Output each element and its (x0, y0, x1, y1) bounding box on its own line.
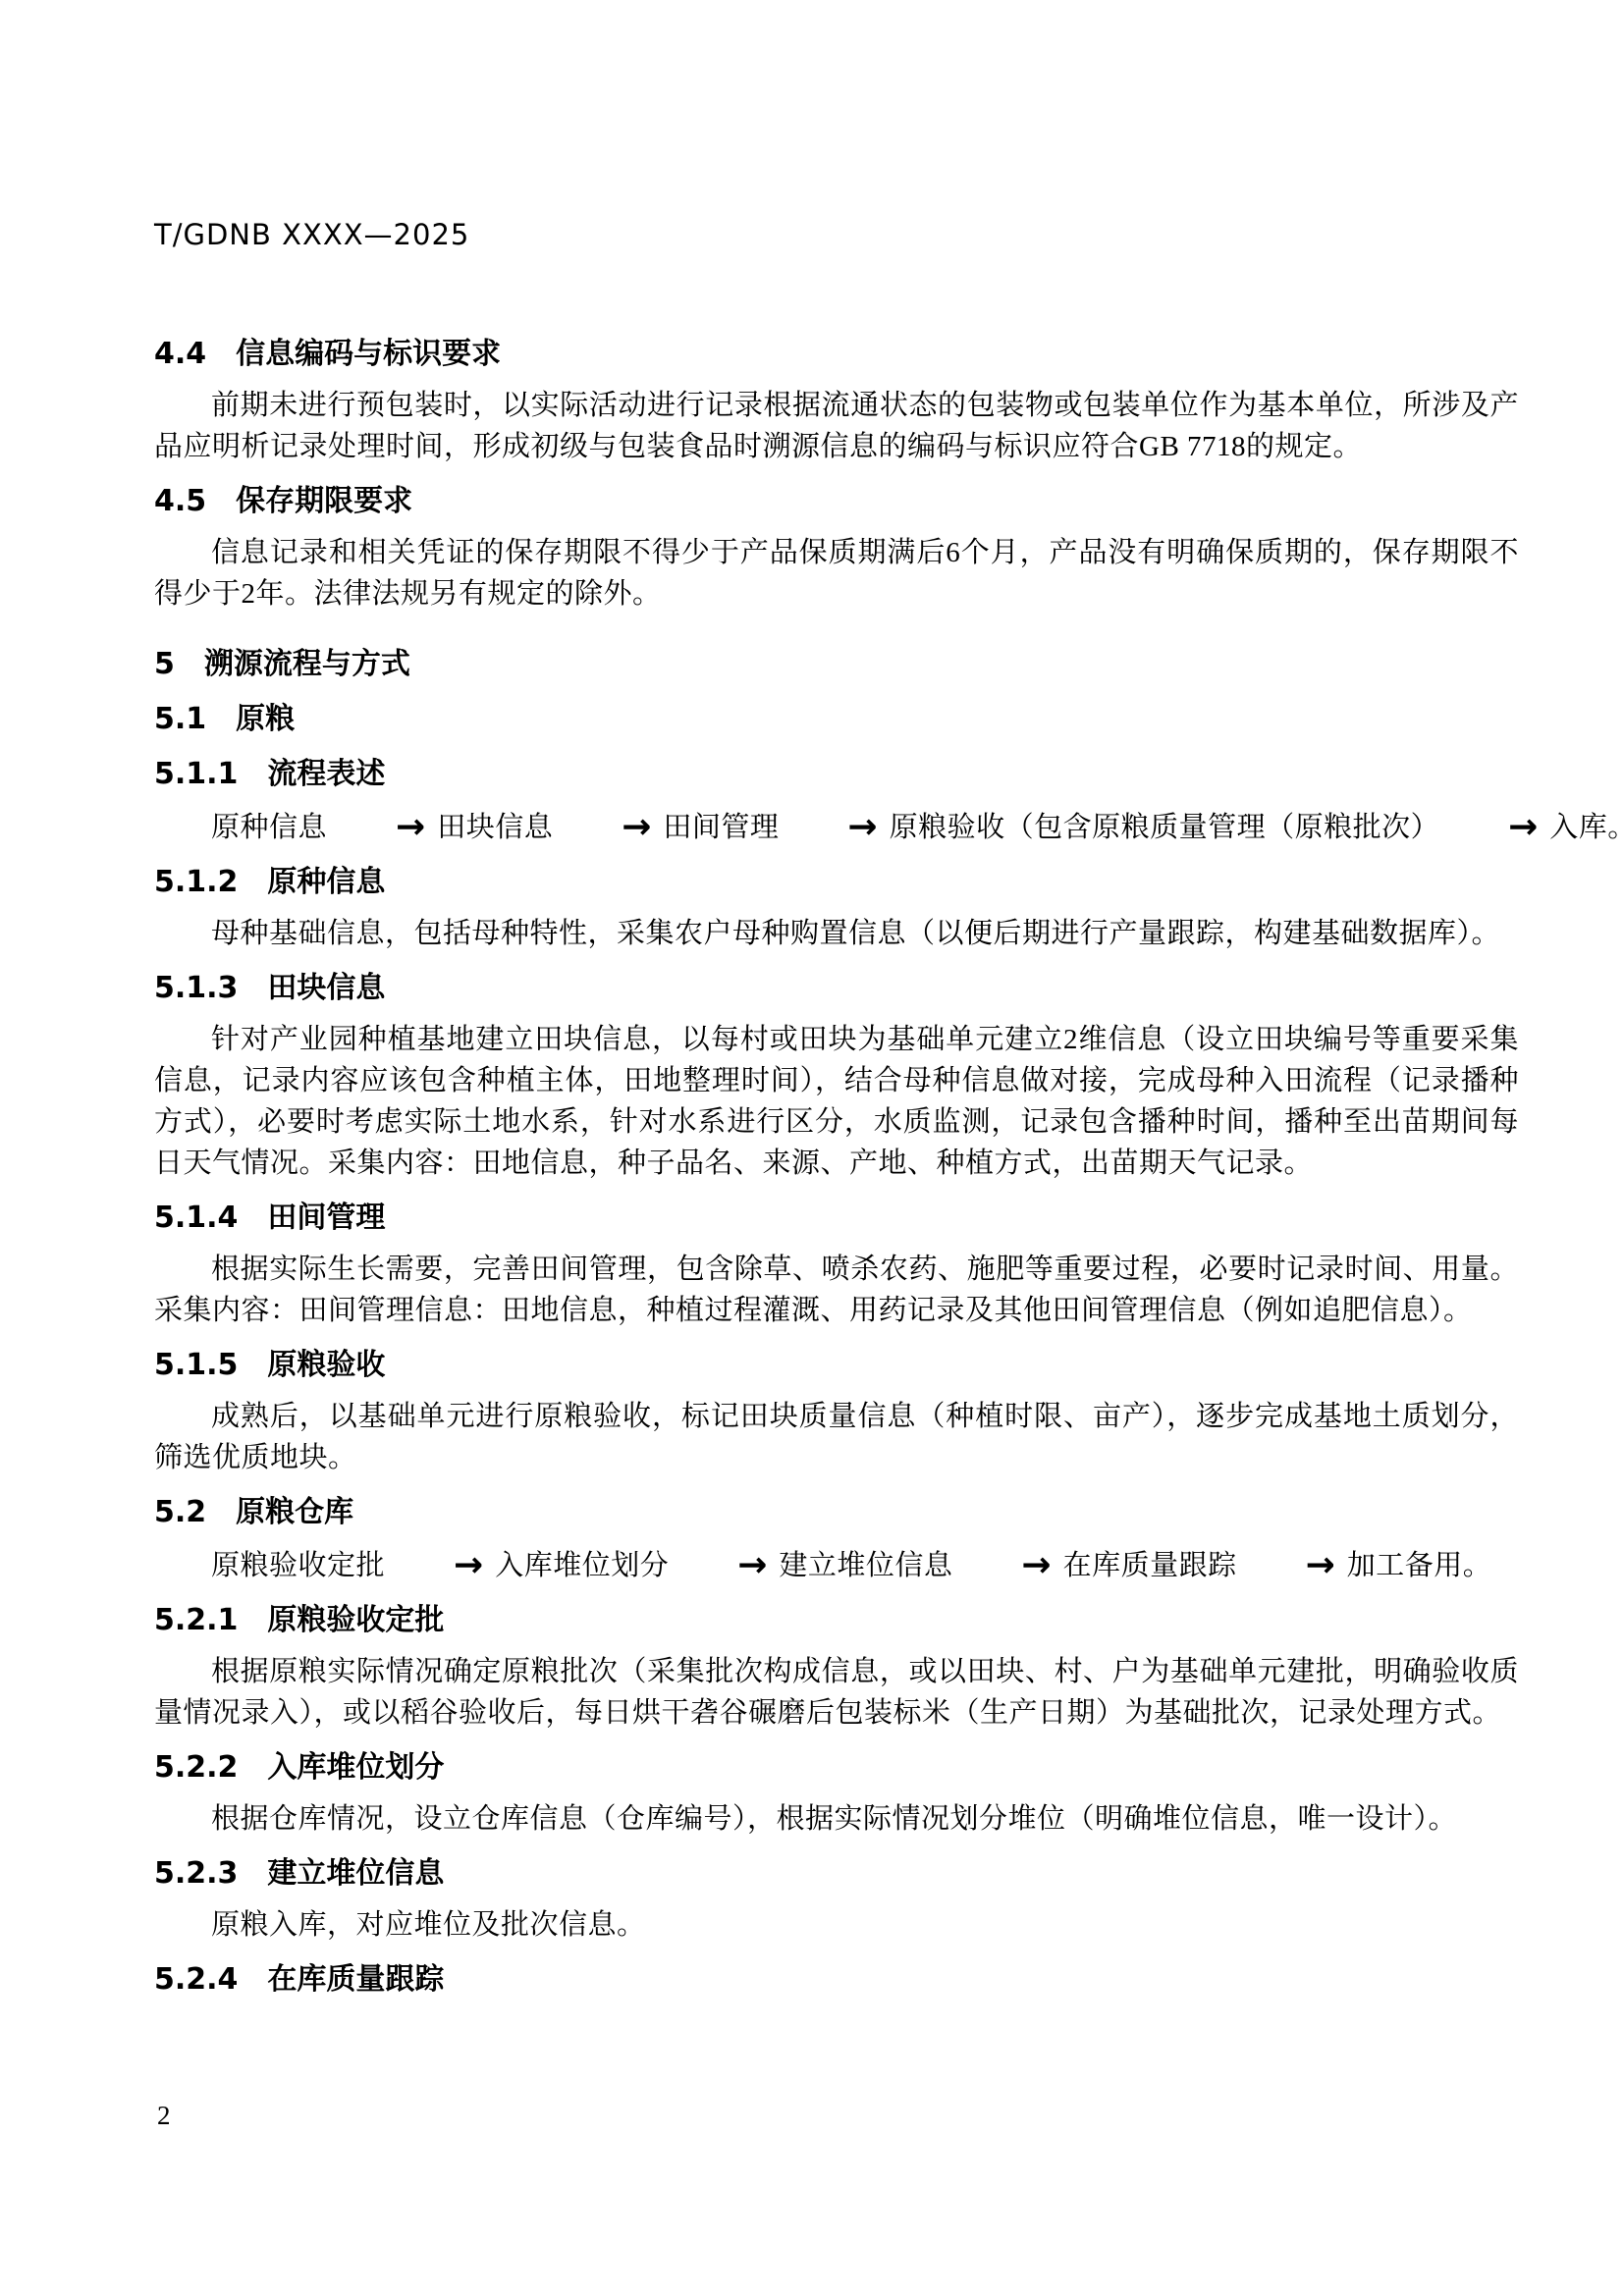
paragraph: 原粮入库，对应堆位及批次信息。 (154, 1904, 1519, 1946)
section-heading-5.1: 5.1原粮 (154, 699, 1519, 740)
section-heading-5.1.1: 5.1.1流程表述 (154, 754, 1519, 795)
paragraph: 成熟后，以基础单元进行原粮验收，标记田块质量信息（种植时限、亩产），逐步完成基地… (154, 1396, 1519, 1478)
flow-step: 原粮验收（包含原粮质量管理（原粮批次） (890, 812, 1440, 843)
section-heading-5.1.5: 5.1.5原粮验收 (154, 1345, 1519, 1386)
right-arrow-icon: → (1249, 1545, 1335, 1586)
right-arrow-icon: → (680, 1545, 767, 1586)
section-number: 5.2.1 (154, 1600, 238, 1641)
paragraph: 信息记录和相关凭证的保存期限不得少于产品保质期满后6个月，产品没有明确保质期的，… (154, 532, 1519, 614)
section-title: 原粮验收定批 (267, 1603, 444, 1637)
section-number: 5 (154, 644, 175, 685)
section-number: 5.1 (154, 699, 206, 740)
section-title: 溯源流程与方式 (204, 647, 410, 681)
section-number: 5.2 (154, 1492, 206, 1533)
section-title: 原粮验收 (267, 1348, 385, 1382)
document-page: T/GDNB XXXX—2025 4.4信息编码与标识要求前期未进行预包装时，以… (0, 0, 1624, 2296)
section-title: 信息编码与标识要求 (236, 337, 501, 371)
section-number: 5.1.3 (154, 968, 238, 1009)
right-arrow-icon: → (397, 1545, 483, 1586)
flow-step: 入库堆位划分 (495, 1550, 669, 1581)
process-flow: 原种信息→田块信息→田间管理→原粮验收（包含原粮质量管理（原粮批次）→入库。 (154, 807, 1519, 848)
flow-step: 在库质量跟踪 (1063, 1550, 1237, 1581)
section-heading-5.1.4: 5.1.4田间管理 (154, 1198, 1519, 1239)
right-arrow-icon: → (1451, 807, 1538, 848)
section-heading-5.2.4: 5.2.4在库质量跟踪 (154, 1959, 1519, 2001)
section-title: 原粮 (236, 702, 295, 736)
section-title: 建立堆位信息 (267, 1856, 444, 1891)
flow-step: 田块信息 (437, 812, 553, 843)
flow-step: 原粮验收定批 (211, 1550, 385, 1581)
right-arrow-icon: → (790, 807, 877, 848)
document-body: 4.4信息编码与标识要求前期未进行预包装时，以实际活动进行记录根据流通状态的包装… (154, 320, 1519, 2001)
section-number: 5.1.1 (154, 754, 238, 795)
section-number: 4.5 (154, 481, 206, 522)
right-arrow-icon: → (964, 1545, 1051, 1586)
paragraph: 母种基础信息，包括母种特性，采集农户母种购置信息（以便后期进行产量跟踪，构建基础… (154, 913, 1519, 954)
process-flow: 原粮验收定批→入库堆位划分→建立堆位信息→在库质量跟踪→加工备用。 (154, 1545, 1519, 1586)
section-heading-5.2.2: 5.2.2入库堆位划分 (154, 1747, 1519, 1789)
section-title: 原粮仓库 (236, 1495, 353, 1529)
paragraph: 根据仓库情况，设立仓库信息（仓库编号），根据实际情况划分堆位（明确堆位信息，唯一… (154, 1798, 1519, 1840)
right-arrow-icon: → (565, 807, 651, 848)
flow-step: 建立堆位信息 (779, 1550, 952, 1581)
section-heading-5.1.3: 5.1.3田块信息 (154, 968, 1519, 1009)
flow-step: 入库。 (1549, 812, 1624, 843)
section-number: 5.1.4 (154, 1198, 238, 1239)
section-number: 5.2.3 (154, 1853, 238, 1895)
section-number: 4.4 (154, 334, 206, 375)
paragraph: 根据原粮实际情况确定原粮批次（采集批次构成信息，或以田块、村、户为基础单元建批，… (154, 1651, 1519, 1734)
section-number: 5.2.4 (154, 1959, 238, 2001)
section-heading-4.5: 4.5保存期限要求 (154, 481, 1519, 522)
section-number: 5.2.2 (154, 1747, 238, 1789)
section-number: 5.1.2 (154, 862, 238, 903)
section-title: 田块信息 (267, 971, 385, 1005)
section-title: 入库堆位划分 (267, 1750, 444, 1785)
section-title: 在库质量跟踪 (267, 1962, 444, 1997)
paragraph: 前期未进行预包装时，以实际活动进行记录根据流通状态的包装物或包装单位作为基本单位… (154, 385, 1519, 467)
section-heading-5.2.1: 5.2.1原粮验收定批 (154, 1600, 1519, 1641)
section-title: 保存期限要求 (236, 484, 412, 518)
section-heading-5.2: 5.2原粮仓库 (154, 1492, 1519, 1533)
paragraph: 根据实际生长需要，完善田间管理，包含除草、喷杀农药、施肥等重要过程，必要时记录时… (154, 1249, 1519, 1331)
flow-step: 田间管理 (663, 812, 779, 843)
page-number: 2 (157, 2101, 171, 2131)
section-title: 流程表述 (267, 757, 385, 791)
section-heading-5: 5溯源流程与方式 (154, 644, 1519, 685)
section-heading-5.2.3: 5.2.3建立堆位信息 (154, 1853, 1519, 1895)
section-number: 5.1.5 (154, 1345, 238, 1386)
right-arrow-icon: → (339, 807, 425, 848)
section-heading-4.4: 4.4信息编码与标识要求 (154, 334, 1519, 375)
section-heading-5.1.2: 5.1.2原种信息 (154, 862, 1519, 903)
section-title: 田间管理 (267, 1201, 385, 1235)
flow-step: 加工备用。 (1347, 1550, 1492, 1581)
section-title: 原种信息 (267, 865, 385, 899)
flow-step: 原种信息 (211, 812, 327, 843)
document-code: T/GDNB XXXX—2025 (154, 218, 469, 251)
paragraph: 针对产业园种植基地建立田块信息，以每村或田块为基础单元建立2维信息（设立田块编号… (154, 1019, 1519, 1184)
